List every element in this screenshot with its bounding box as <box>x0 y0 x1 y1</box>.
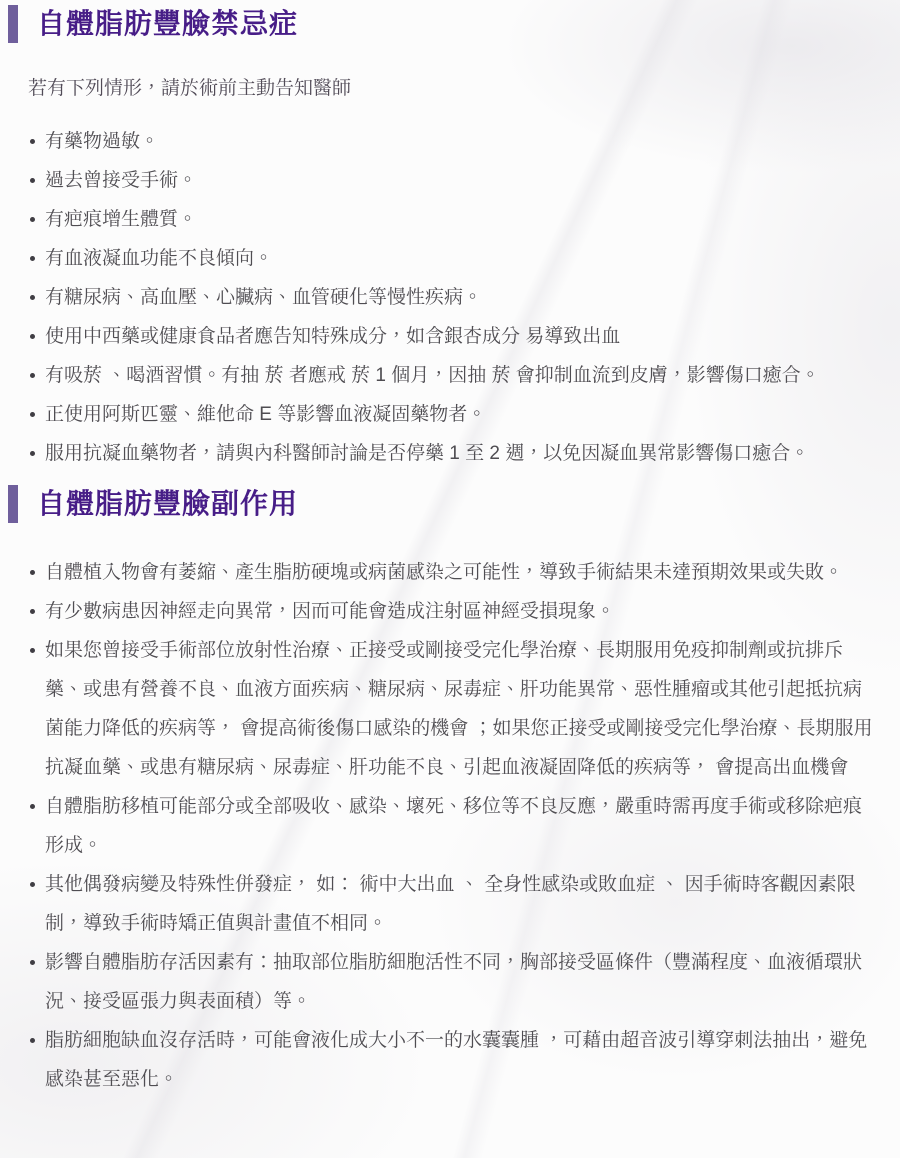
list-item: 影響自體脂肪存活因素有：抽取部位脂肪細胞活性不同，胸部接受區條件（豐滿程度、血液… <box>45 943 880 1021</box>
list-item: 有疤痕增生體質。 <box>45 200 880 239</box>
page: 自體脂肪豐臉禁忌症 若有下列情形，請於術前主動告知醫師 有藥物過敏。 過去曾接受… <box>0 0 900 1099</box>
list-item: 使用中西藥或健康食品者應告知特殊成分，如含銀杏成分 易導致出血 <box>45 317 880 356</box>
list-item: 脂肪細胞缺血沒存活時，可能會液化成大小不一的水囊囊腫 ，可藉由超音波引導穿刺法抽… <box>45 1021 880 1099</box>
side-effects-title: 自體脂肪豐臉副作用 <box>37 485 298 523</box>
list-item: 有吸菸 、喝酒習慣。有抽 菸 者應戒 菸 1 個月，因抽 菸 會抑制血流到皮膚，… <box>45 356 880 395</box>
list-item: 服用抗凝血藥物者，請與內科醫師討論是否停藥 1 至 2 週，以免因凝血異常影響傷… <box>45 434 880 473</box>
heading-accent-bar <box>8 5 18 43</box>
side-effects-heading: 自體脂肪豐臉副作用 <box>8 485 900 523</box>
contraindications-heading: 自體脂肪豐臉禁忌症 <box>8 5 900 43</box>
contraindications-list: 有藥物過敏。 過去曾接受手術。 有疤痕增生體質。 有血液凝血功能不良傾向。 有糖… <box>0 122 900 473</box>
side-effects-list: 自體植入物會有萎縮、產生脂肪硬塊或病菌感染之可能性，導致手術結果未達預期效果或失… <box>0 553 900 1099</box>
list-item: 有糖尿病、高血壓、心臟病、血管硬化等慢性疾病。 <box>45 278 880 317</box>
list-item: 有少數病患因神經走向異常，因而可能會造成注射區神經受損現象。 <box>45 592 880 631</box>
heading-accent-bar <box>8 485 18 523</box>
contraindications-title: 自體脂肪豐臉禁忌症 <box>37 5 298 43</box>
list-item: 其他偶發病變及特殊性併發症， 如： 術中大出血 、 全身性感染或敗血症 、 因手… <box>45 865 880 943</box>
list-item: 正使用阿斯匹靈、維他命 E 等影響血液凝固藥物者。 <box>45 395 880 434</box>
list-item: 有藥物過敏。 <box>45 122 880 161</box>
list-item: 過去曾接受手術。 <box>45 161 880 200</box>
list-item: 如果您曾接受手術部位放射性治療、正接受或剛接受完化學治療、長期服用免疫抑制劑或抗… <box>45 631 880 787</box>
section-contraindications: 自體脂肪豐臉禁忌症 若有下列情形，請於術前主動告知醫師 有藥物過敏。 過去曾接受… <box>0 5 900 473</box>
section-side-effects: 自體脂肪豐臉副作用 自體植入物會有萎縮、產生脂肪硬塊或病菌感染之可能性，導致手術… <box>0 485 900 1099</box>
contraindications-subtitle: 若有下列情形，請於術前主動告知醫師 <box>28 73 900 104</box>
list-item: 自體脂肪移植可能部分或全部吸收、感染、壞死、移位等不良反應，嚴重時需再度手術或移… <box>45 787 880 865</box>
list-item: 有血液凝血功能不良傾向。 <box>45 239 880 278</box>
list-item: 自體植入物會有萎縮、產生脂肪硬塊或病菌感染之可能性，導致手術結果未達預期效果或失… <box>45 553 880 592</box>
